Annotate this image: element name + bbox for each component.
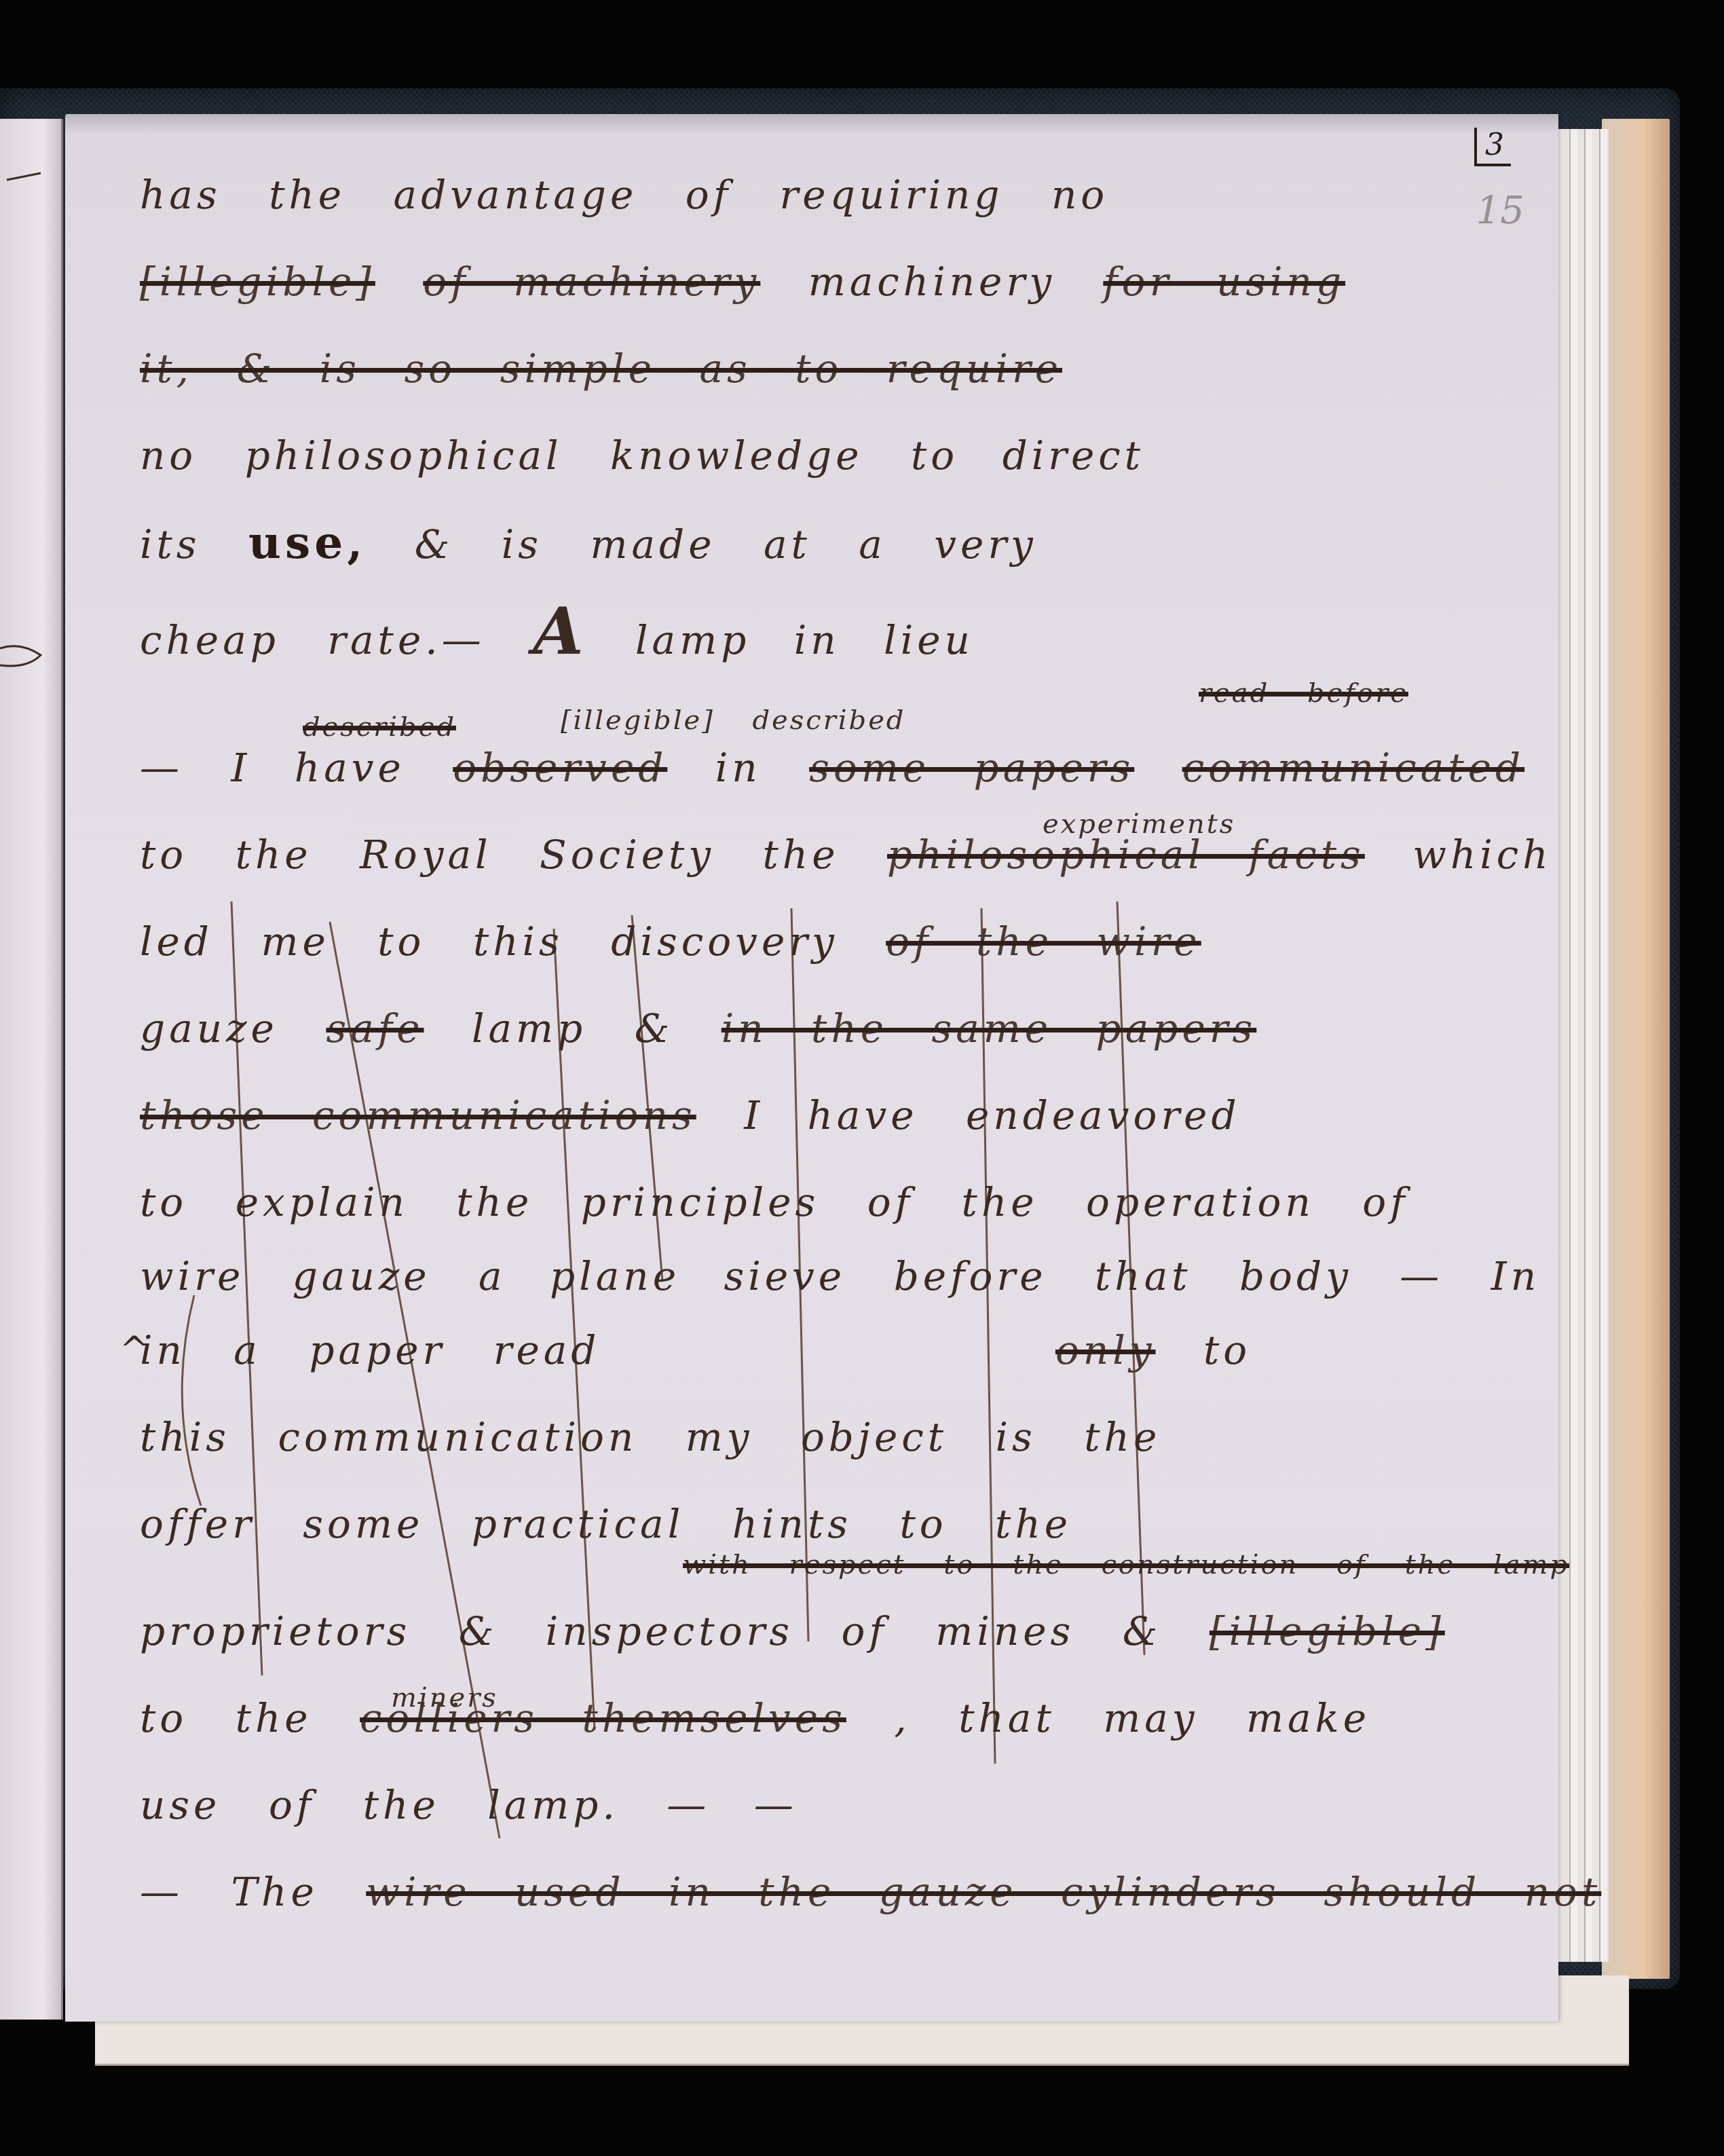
word: advantage — [394, 151, 638, 238]
word: this — [473, 898, 563, 985]
line-15: this communication my object is the — [140, 1394, 1470, 1481]
word: In — [1491, 1246, 1540, 1307]
insertion-caret-icon: ^ — [119, 1307, 153, 1394]
word: is — [502, 501, 542, 588]
word: gauze — [140, 985, 278, 1072]
folio-number: 3 — [1474, 128, 1511, 166]
manuscript-page: 3 15 has the advantage of requiring no [… — [65, 114, 1558, 2022]
struck-word: for using — [1103, 238, 1345, 325]
word: has — [140, 151, 221, 238]
word: body — [1239, 1246, 1352, 1307]
word: — — [140, 724, 183, 811]
word: & — [635, 985, 674, 1072]
word: rate.— — [327, 597, 485, 684]
left-page-ink-marks — [0, 119, 61, 2020]
word: to — [140, 811, 187, 898]
struck-word: in the same papers — [722, 985, 1257, 1072]
word: — — [1400, 1246, 1443, 1307]
word: some — [303, 1481, 424, 1567]
line-3: it, & is so simple as to require — [140, 325, 1470, 412]
line-8: experiments to the Royal Society the phi… — [140, 811, 1470, 898]
interlinear-insertion: read before — [1199, 650, 1408, 737]
word: explain — [236, 1159, 409, 1246]
emphasized-word: use, — [248, 499, 367, 586]
word: & — [415, 501, 454, 588]
word: requiring — [780, 151, 1004, 238]
line-11: those communications I have endeavored — [140, 1072, 1470, 1159]
line-7: described [illegible] described read bef… — [140, 724, 1470, 811]
word: lamp — [472, 985, 586, 1072]
line-13: wire gauze a plane sieve before that bod… — [140, 1246, 1470, 1307]
line-16: offer some practical hints to the with r… — [140, 1481, 1470, 1567]
word: before — [894, 1246, 1047, 1307]
word: of — [867, 1159, 914, 1246]
word: at — [764, 501, 811, 588]
word: of — [686, 151, 732, 238]
word: lamp in lieu — [635, 597, 974, 684]
word: — — — [667, 1762, 797, 1848]
struck-phrase: wire used in the gauze cylinders should … — [366, 1848, 1601, 1935]
line-1: has the advantage of requiring no — [140, 151, 1470, 238]
word: discovery — [611, 898, 838, 985]
word: the — [236, 1675, 312, 1762]
word: the — [269, 151, 345, 238]
word: may — [1103, 1675, 1198, 1762]
word: cheap — [140, 597, 280, 684]
word: make — [1246, 1675, 1370, 1762]
interlinear-insertion: [illegible] described — [561, 677, 905, 764]
line-2: [illegible] of machinery machinery for u… — [140, 238, 1470, 325]
line-5: its use, & is made at a very — [140, 499, 1470, 588]
word: made — [590, 501, 715, 588]
line-14: ^ in a paper read only to — [140, 1307, 1470, 1394]
line-20: — The wire used in the gauze cylinders s… — [140, 1848, 1470, 1935]
transcription-lines: has the advantage of requiring no [illeg… — [140, 151, 1470, 1935]
left-facing-page — [0, 119, 63, 2020]
word: wire — [140, 1246, 244, 1307]
word: led — [140, 898, 213, 985]
interlinear-insertion: experiments — [1043, 781, 1235, 868]
word: offer — [140, 1481, 255, 1567]
word: — — [140, 1848, 183, 1935]
word: the — [236, 811, 312, 898]
word: read — [493, 1307, 601, 1394]
word: to — [1203, 1307, 1251, 1394]
line-4: no philosophical knowledge to direct — [140, 412, 1470, 499]
line-19: use of the lamp. — — — [140, 1762, 1470, 1848]
word: use — [140, 1762, 221, 1848]
interlinear-insertion: miners — [391, 1654, 498, 1741]
word: , — [894, 1675, 910, 1762]
word: gauze — [293, 1246, 431, 1307]
line-10: gauze safe lamp & in the same papers — [140, 985, 1470, 1072]
word: knowledge — [610, 412, 863, 499]
word: to — [140, 1675, 187, 1762]
word: that — [958, 1675, 1055, 1762]
interlinear-insertion: described — [303, 684, 456, 770]
line-17: proprietors & inspectors of mines & [ill… — [140, 1588, 1470, 1675]
word: this — [140, 1394, 230, 1481]
word: of — [842, 1588, 888, 1675]
word: the — [763, 811, 840, 898]
word: proprietors — [140, 1588, 411, 1675]
word: its — [140, 501, 201, 588]
word: no — [1051, 151, 1108, 238]
line-9: led me to this discovery of the wire — [140, 898, 1470, 985]
word: a — [859, 501, 886, 588]
struck-word: those communications — [140, 1072, 696, 1159]
word: communication — [278, 1394, 637, 1481]
word: mines — [935, 1588, 1074, 1675]
word: endeavored — [966, 1072, 1241, 1159]
word: object — [801, 1394, 948, 1481]
word: lamp. — [487, 1762, 619, 1848]
struck-word: [illegible] — [1210, 1588, 1445, 1675]
word: & — [1123, 1588, 1162, 1675]
struck-word: [illegible] — [140, 238, 375, 325]
word: the — [1084, 1394, 1161, 1481]
word: paper — [309, 1307, 445, 1394]
word: to — [377, 898, 425, 985]
word: I have — [744, 1072, 918, 1159]
capital-letter: A — [533, 588, 587, 675]
word: the — [962, 1159, 1038, 1246]
word: that — [1095, 1246, 1192, 1307]
word: practical — [472, 1481, 684, 1567]
word: of — [269, 1762, 315, 1848]
word: machinery — [808, 238, 1055, 325]
word: inspectors — [546, 1588, 793, 1675]
word: very — [934, 501, 1037, 588]
fore-edge — [1602, 119, 1670, 1979]
struck-word: safe — [326, 985, 424, 1072]
word: Royal — [360, 811, 491, 898]
struck-word: of machinery — [423, 238, 760, 325]
word: principles — [581, 1159, 820, 1246]
word: operation — [1086, 1159, 1315, 1246]
word: The — [231, 1848, 318, 1935]
word: is — [996, 1394, 1036, 1481]
word: a — [233, 1307, 261, 1394]
word: the — [456, 1159, 533, 1246]
word: to — [140, 1159, 187, 1246]
word: a plane sieve — [479, 1246, 846, 1307]
word: which — [1412, 811, 1552, 898]
word: of — [1362, 1159, 1408, 1246]
word: me — [261, 898, 329, 985]
line-12: to explain the principles of the operati… — [140, 1159, 1470, 1246]
line-18: miners to the colliers themselves , that… — [140, 1675, 1470, 1762]
word: to direct — [911, 412, 1144, 499]
word: my — [686, 1394, 753, 1481]
struck-word: of the wire — [886, 898, 1201, 985]
pencil-folio-number: 15 — [1476, 189, 1524, 233]
struck-word: only — [1055, 1307, 1156, 1394]
word: Society — [540, 811, 715, 898]
word: philosophical — [245, 412, 563, 499]
word: no — [140, 412, 197, 499]
struck-phrase: it, & is so simple as to require — [140, 325, 1062, 412]
word: the — [363, 1762, 440, 1848]
